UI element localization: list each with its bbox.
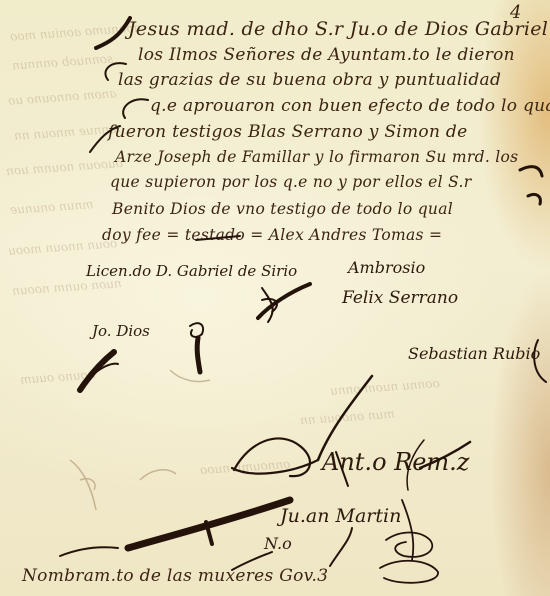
bleed-through-text: nonnumo aoniun moo	[10, 20, 142, 43]
bleed-through-text: anom onnouno uo	[8, 86, 117, 108]
body-line-3: las grazias de su buena obra y puntualid…	[118, 70, 501, 90]
signature-ambrosio: Ambrosio	[348, 258, 425, 277]
body-line-7: que supieron por los q.e no y por ellos …	[110, 173, 471, 191]
body-line-8: Benito Dios de vno testigo de todo lo qu…	[112, 200, 453, 218]
bleed-through-text: sonnuob onnnun	[12, 51, 114, 72]
body-line-9: doy fee = testado = Alex Andres Tomas =	[102, 226, 442, 244]
signature-antonio-rem: Ant.o Rem.z	[322, 448, 469, 476]
notary-mark: N.o	[264, 534, 292, 553]
signature-jo-dios: Jo. Dios	[92, 322, 150, 340]
body-line-2: los Ilmos Señores de Ayuntam.to le diero…	[138, 45, 515, 65]
bleed-through-text: mnun onunue	[10, 197, 94, 217]
signature-juan-martin: Ju.an Martin	[280, 505, 401, 527]
body-line-5: fueron testigos Blas Serrano y Simon de	[108, 122, 467, 142]
bleed-through-text: onnoumn nuoo	[200, 457, 291, 477]
body-line-1: Jesus mad. de dho S.r Ju.o de Dios Gabri…	[128, 18, 550, 40]
manuscript-page: nonnumo aoniun moo sonnuob onnnun anom o…	[0, 0, 550, 596]
signature-sebastian-rubio: Sebastian Rubio	[408, 344, 540, 363]
bleed-through-text: ouooun nounm uon	[6, 156, 124, 178]
body-line-6: Arze Joseph de Famillar y lo firmaron Su…	[115, 148, 518, 166]
signature-felix-serrano: Felix Serrano	[342, 288, 458, 308]
signature-gabriel-de-sirio: Licen.do D. Gabriel de Sirio	[86, 262, 297, 280]
bleed-through-text: oonnu nuom onnu	[330, 376, 440, 398]
bleed-through-text: mun onoouu nn	[300, 407, 396, 428]
body-line-4: q.e aprouaron con buen efecto de todo lo…	[150, 96, 550, 116]
footer-heading: Nombram.to de las muxeres Gov.3	[22, 566, 328, 586]
bleed-through-text: nouno ouum	[20, 367, 96, 386]
